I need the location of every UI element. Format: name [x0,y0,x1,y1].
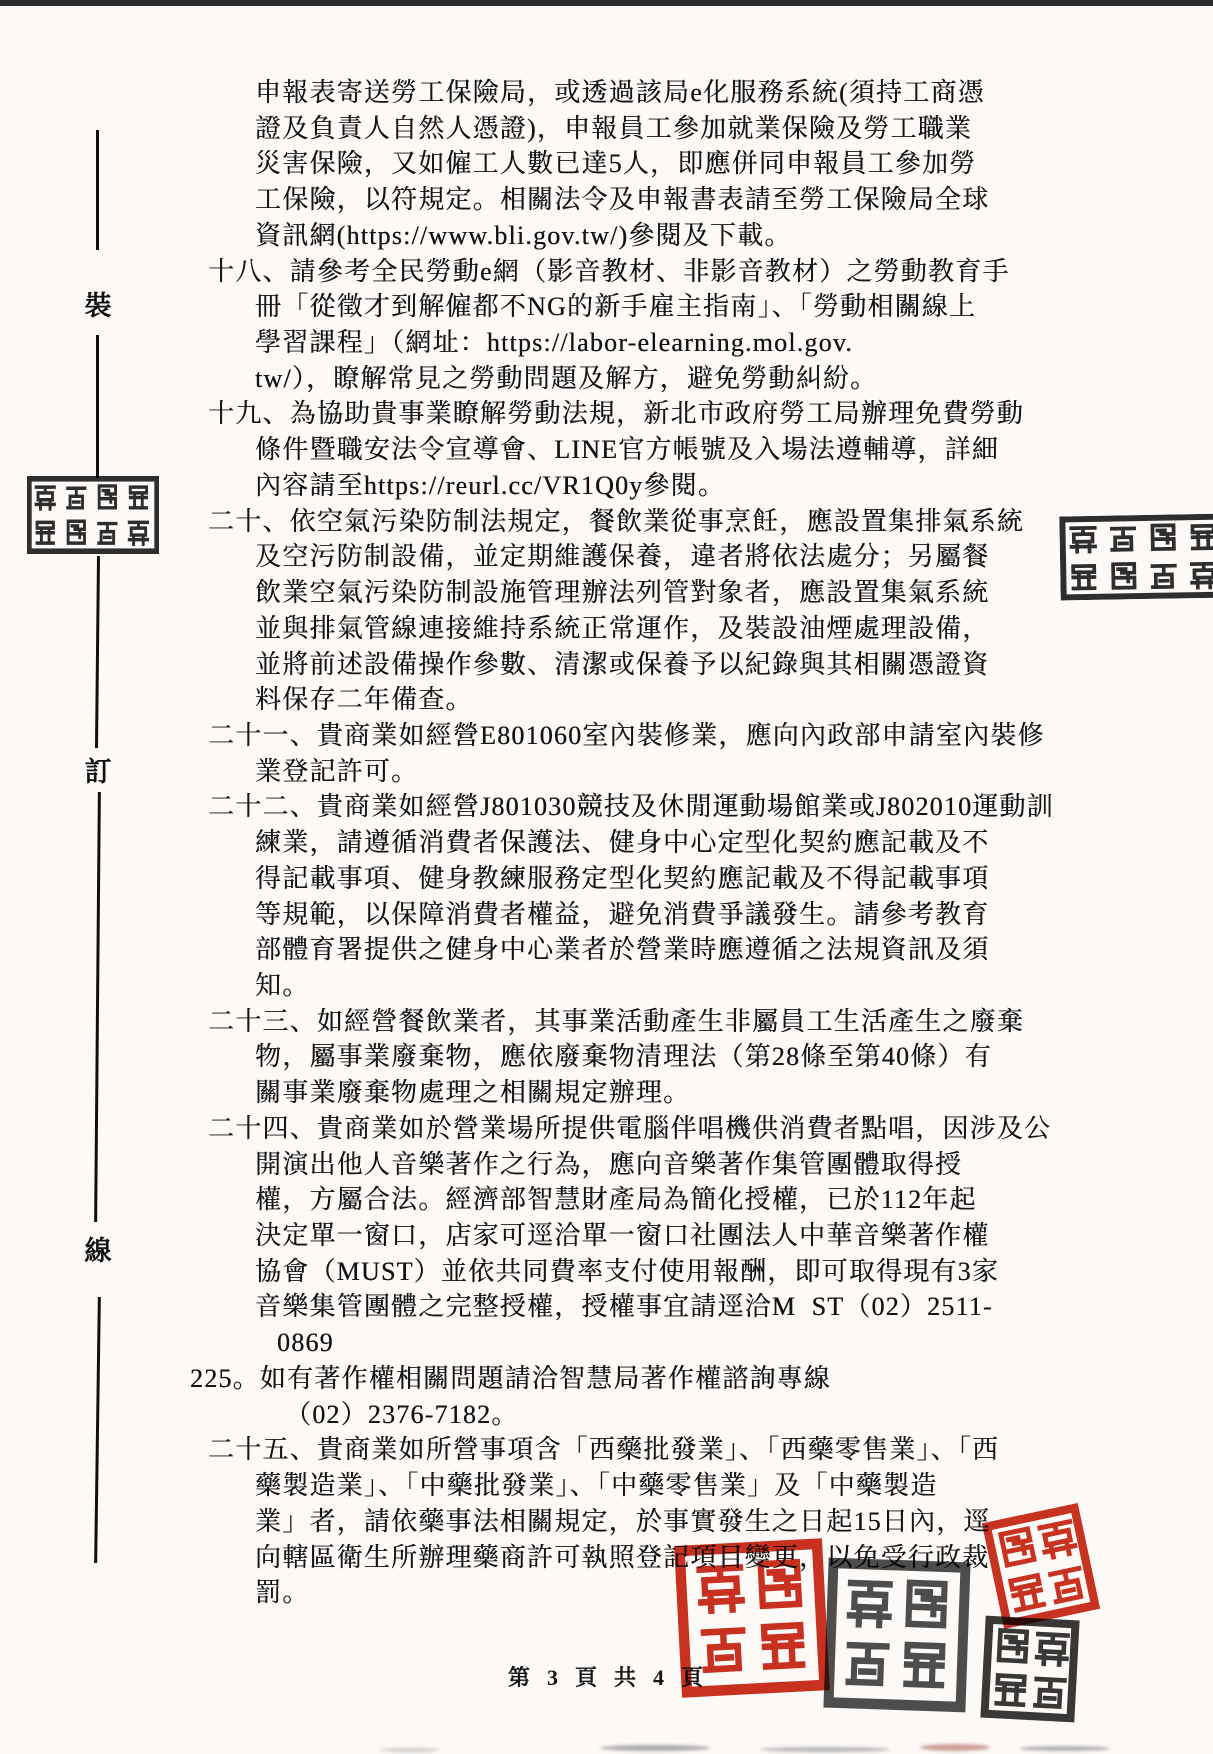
text-line: 藥製造業」、「中藥批發業」、「中藥零售業」及「中藥製造 [255,1471,937,1501]
text-line: 等規範，以保障消費者權益，避免消費爭議發生。請參考教育 [255,900,989,930]
text-line: 證及負責人自然人憑證)，申報員工參加就業保險及勞工職業 [255,114,972,144]
text-line: 學習課程」（網址：https://labor-elearning.mol.gov… [255,328,853,358]
text-line: 部體育署提供之健身中心業者於營業時應遵循之法規資訊及須 [255,935,989,965]
text-line: 及空污防制設備，並定期維護保養，違者將依法處分；另屬餐 [255,542,989,572]
text-line: 開演出他人音樂著作之行為，應向音樂著作集管團體取得授 [255,1150,962,1180]
text-line: 0869 [277,1328,334,1358]
text-line: 權，方屬合法。經濟部智慧財產局為簡化授權，已於112年起 [255,1185,977,1215]
text-line: 條件暨職安法令宣導會、LINE官方帳號及入場法遵輔導，詳細 [255,435,999,465]
small-black-square-seal [980,1616,1079,1723]
text-line: 十九、為協助貴事業瞭解勞動法規，新北市政府勞工局辦理免費勞動 [208,399,1024,429]
text-line: 並與排氣管線連接維持系統正常運作，及裝設油煙處理設備， [255,614,989,644]
text-line: 知。 [255,971,309,1001]
text-line: 災害保險，又如僱工人數已達5人，即應併同申報員工參加勞 [255,149,976,179]
text-line: 內容請至https://reurl.cc/VR1Q0y參閱。 [255,471,725,501]
text-line: 音樂集管團體之完整授權，授權事宜請逕洽M ST（02）2511- [255,1292,993,1322]
text-line: 225。如有著作權相關問題請洽智慧局著作權諮詢專線 [190,1364,831,1394]
text-line: 業」者，請依藥事法相關規定，於事實發生之日起15日內，逕 [255,1507,991,1537]
text-layer: 申報表寄送勞工保險局，或透過該局e化服務系統(須持工商憑證及負責人自然人憑證)，… [0,0,1213,1754]
text-line: 工保險，以符規定。相關法令及申報書表請至勞工保險局全球 [255,185,989,215]
text-line: （02）2376-7182。 [285,1400,518,1430]
large-red-square-seal [674,1538,830,1698]
text-line: 二十、依空氣污染防制法規定，餐飲業從事烹飪，應設置集排氣系統 [208,507,1024,537]
text-line: tw/），瞭解常見之勞動問題及解方，避免勞動糾紛。 [255,364,877,394]
text-line: 二十五、貴商業如所營事項含「西藥批發業」、「西藥零售業」、「西 [208,1435,999,1465]
text-line: 十八、請參考全民勞動e網（影音教材、非影音教材）之勞動教育手 [208,257,1010,287]
text-line: 得記載事項、健身教練服務定型化契約應記載及不得記載事項 [255,864,989,894]
text-line: 物，屬事業廢棄物，應依廢棄物清理法（第28條至第40條）有 [255,1042,992,1072]
text-line: 二十二、貴商業如經營J801030競技及休閒運動場館業或J802010運動訓 [208,792,1054,822]
text-line: 協會（MUST）並依共同費率支付使用報酬，即可取得現有3家 [255,1257,999,1287]
text-line: 二十三、如經營餐飲業者，其事業活動產生非屬員工生活產生之廢棄 [208,1007,1024,1037]
text-line: 並將前述設備操作參數、清潔或保養予以紀錄與其相關憑證資 [255,650,989,680]
text-line: 資訊網(https://www.bli.gov.tw/)參閱及下載。 [255,221,791,251]
text-line: 罰。 [255,1578,309,1608]
large-black-square-seal [823,1558,970,1713]
text-line: 二十一、貴商業如經營E801060室內裝修業，應向內政部申請室內裝修 [208,721,1045,751]
text-line: 關事業廢棄物處理之相關規定辦理。 [255,1078,690,1108]
text-line: 冊「從徵才到解僱都不NG的新手雇主指南」、「勞動相關線上 [255,292,976,322]
text-line: 飲業空氣污染防制設施管理辦法列管對象者，應設置集氣系統 [255,578,989,608]
text-line: 業登記許可。 [255,757,418,787]
text-line: 申報表寄送勞工保險局，或透過該局e化服務系統(須持工商憑 [255,78,985,108]
text-line: 練業，請遵循消費者保護法、健身中心定型化契約應記載及不 [255,828,989,858]
text-line: 料保存二年備查。 [255,685,473,715]
text-line: 決定單一窗口，店家可逕洽單一窗口社團法人中華音樂著作權 [255,1221,989,1251]
scanned-document-page: 裝 訂 線 申報表寄送勞工保險局，或透過該局e化服務系統(須持工商憑證及負責人自… [0,0,1213,1754]
text-line: 二十四、貴商業如於營業場所提供電腦伴唱機供消費者點唱，因涉及公 [208,1114,1051,1144]
